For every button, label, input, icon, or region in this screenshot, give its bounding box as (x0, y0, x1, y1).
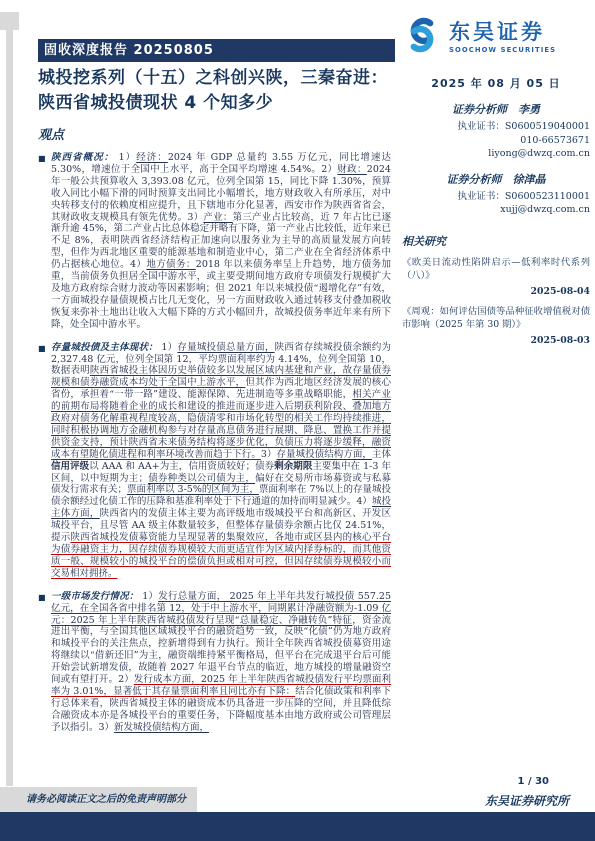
analyst-phone[interactable]: 010-66573671 (402, 134, 590, 148)
brand-name-cn: 东吴证券 (449, 20, 556, 45)
viewpoint-bullet: ■陕西省概况： 1）经济：2024 年 GDP 总量约 3.55 万亿元，同比增… (38, 152, 391, 331)
bullet-segment: 经济： (136, 152, 168, 163)
page-indicator: 1 / 30 (518, 776, 550, 787)
bullet-segment: 新发城投债结构方面， (114, 722, 209, 733)
soochow-logo-icon (402, 15, 442, 59)
bullet-square-icon: ■ (38, 343, 46, 355)
report-title: 城投挖系列（十五）之科创兴陕，三秦奋进： 陕西省城投债现状 4 个知多少 (38, 66, 402, 116)
research-title[interactable]: 《周观：如何评估国债等品种征收增值税对债市影响（2025 年第 30 期）》 (402, 305, 590, 331)
viewpoint-bullet: ■一级市场发行情况： 1）发行总量方面， 2025 年上半年共发行城投债 557… (38, 591, 391, 734)
brand-name-en: SOOCHOW SECURITIES (449, 46, 556, 54)
analyst-email[interactable]: xujj@dwzq.com.cn (402, 203, 590, 217)
bullet-segment: 1） (161, 342, 177, 353)
related-research-heading: 相关研究 (402, 233, 590, 249)
bullet-segment: 剩余期限 (274, 461, 312, 472)
analyst-cert: 执业证书：S0600519040001 (402, 120, 590, 134)
disclaimer-note: 请务必阅读正文之后的免责声明部分 (0, 787, 197, 812)
right-sidebar: 东吴证券 SOOCHOW SECURITIES 2025 年 08 月 05 日… (402, 15, 590, 354)
bullet-text: 存量城投债及主体现状： 1）存量城投债总量方面，陕西省存续城投债余额约为 2,3… (51, 342, 391, 579)
bullet-segment: 1） (119, 152, 137, 163)
bullet-segment: 票面利率以 3-5%的区间为主， (127, 484, 259, 495)
report-date: 2025 年 08 月 05 日 (402, 75, 590, 91)
research-list: 《欧美日流动性陷阱启示—低利率时代系列（八）》2025-08-04《周观：如何评… (402, 256, 590, 346)
viewpoint-heading: 观点 (38, 124, 391, 143)
research-date: 2025-08-03 (402, 335, 590, 346)
bullet-segment: 3） (261, 449, 277, 460)
analyst-list: 证券分析师 李勇执业证书：S0600519040001010-66573671l… (402, 101, 590, 217)
report-title-line2: 陕西省城投债现状 4 个知多少 (38, 91, 402, 116)
bullet-list: ■陕西省概况： 1）经济：2024 年 GDP 总量约 3.55 万亿元，同比增… (38, 152, 391, 734)
analyst-cert: 执业证书：S0600523110001 (402, 190, 590, 204)
bullet-square-icon: ■ (38, 592, 46, 604)
bullet-label: 一级市场发行情况： (51, 591, 142, 602)
analyst-role-name: 证券分析师 徐津晶 (402, 171, 590, 187)
bullet-segment: 以 AAA 和 AA+为主，信用资质较好；债券 (89, 461, 274, 472)
research-date: 2025-08-04 (402, 286, 590, 297)
analyst-email[interactable]: liyong@dwzq.com.cn (402, 147, 590, 161)
report-type-band: 固收深度报告 20250805 (38, 39, 395, 62)
bullet-text: 陕西省概况： 1）经济：2024 年 GDP 总量约 3.55 万亿元，同比增速… (51, 152, 391, 330)
research-item: 《周观：如何评估国债等品种征收增值税对债市影响（2025 年第 30 期）》20… (402, 305, 590, 346)
research-item: 《欧美日流动性陷阱启示—低利率时代系列（八）》2025-08-04 (402, 256, 590, 297)
bullet-segment: 主体 (372, 449, 391, 460)
left-margin-strip (6, 30, 13, 786)
analyst-block: 证券分析师 徐津晶执业证书：S0600523110001xujj@dwzq.co… (402, 171, 590, 217)
bullet-label: 存量城投债及主体现状： (51, 342, 161, 353)
bullet-segment: 信用评级 (51, 461, 89, 472)
brand-logo: 东吴证券 SOOCHOW SECURITIES (402, 15, 590, 59)
bullet-segment: 产业： (203, 212, 232, 223)
bullet-segment: 存量城投债结构方面， (277, 449, 372, 460)
bullet-square-icon: ■ (38, 153, 46, 165)
report-title-line1: 城投挖系列（十五）之科创兴陕，三秦奋进： (38, 66, 402, 91)
bullet-segment: 债券种类以公司债为主， (148, 473, 255, 484)
bullet-segment: 存量城投债总量方面， (177, 342, 274, 353)
viewpoint-section: 观点 ■陕西省概况： 1）经济：2024 年 GDP 总量约 3.55 万亿元，… (38, 124, 391, 745)
bullet-segment: 陕西省城投发债募资能力呈现显著的集聚效应，各地市或区县内的核心平台为债券融资主力… (51, 532, 391, 579)
brand-name: 东吴证券 SOOCHOW SECURITIES (449, 20, 556, 54)
bullet-segment: 1） (142, 591, 158, 602)
research-title[interactable]: 《欧美日流动性陷阱启示—低利率时代系列（八）》 (402, 256, 590, 282)
bullet-segment: 财政： (337, 164, 366, 175)
viewpoint-bullet: ■存量城投债及主体现状： 1）存量城投债总量方面，陕西省存续城投债余额约为 2,… (38, 342, 391, 580)
analyst-block: 证券分析师 李勇执业证书：S0600519040001010-66573671l… (402, 101, 590, 161)
bottom-navy-bar (0, 812, 595, 841)
bullet-text: 一级市场发行情况： 1）发行总量方面， 2025 年上半年共发行城投债 557.… (51, 591, 391, 733)
research-institute: 东吴证券研究所 (485, 792, 569, 809)
report-page: 固收深度报告 20250805 城投挖系列（十五）之科创兴陕，三秦奋进： 陕西省… (0, 0, 595, 841)
corner-decoration (0, 12, 19, 30)
analyst-role-name: 证券分析师 李勇 (402, 101, 590, 117)
bullet-segment: 地方债务： (146, 259, 195, 270)
bullet-label: 陕西省概况： (51, 152, 119, 163)
